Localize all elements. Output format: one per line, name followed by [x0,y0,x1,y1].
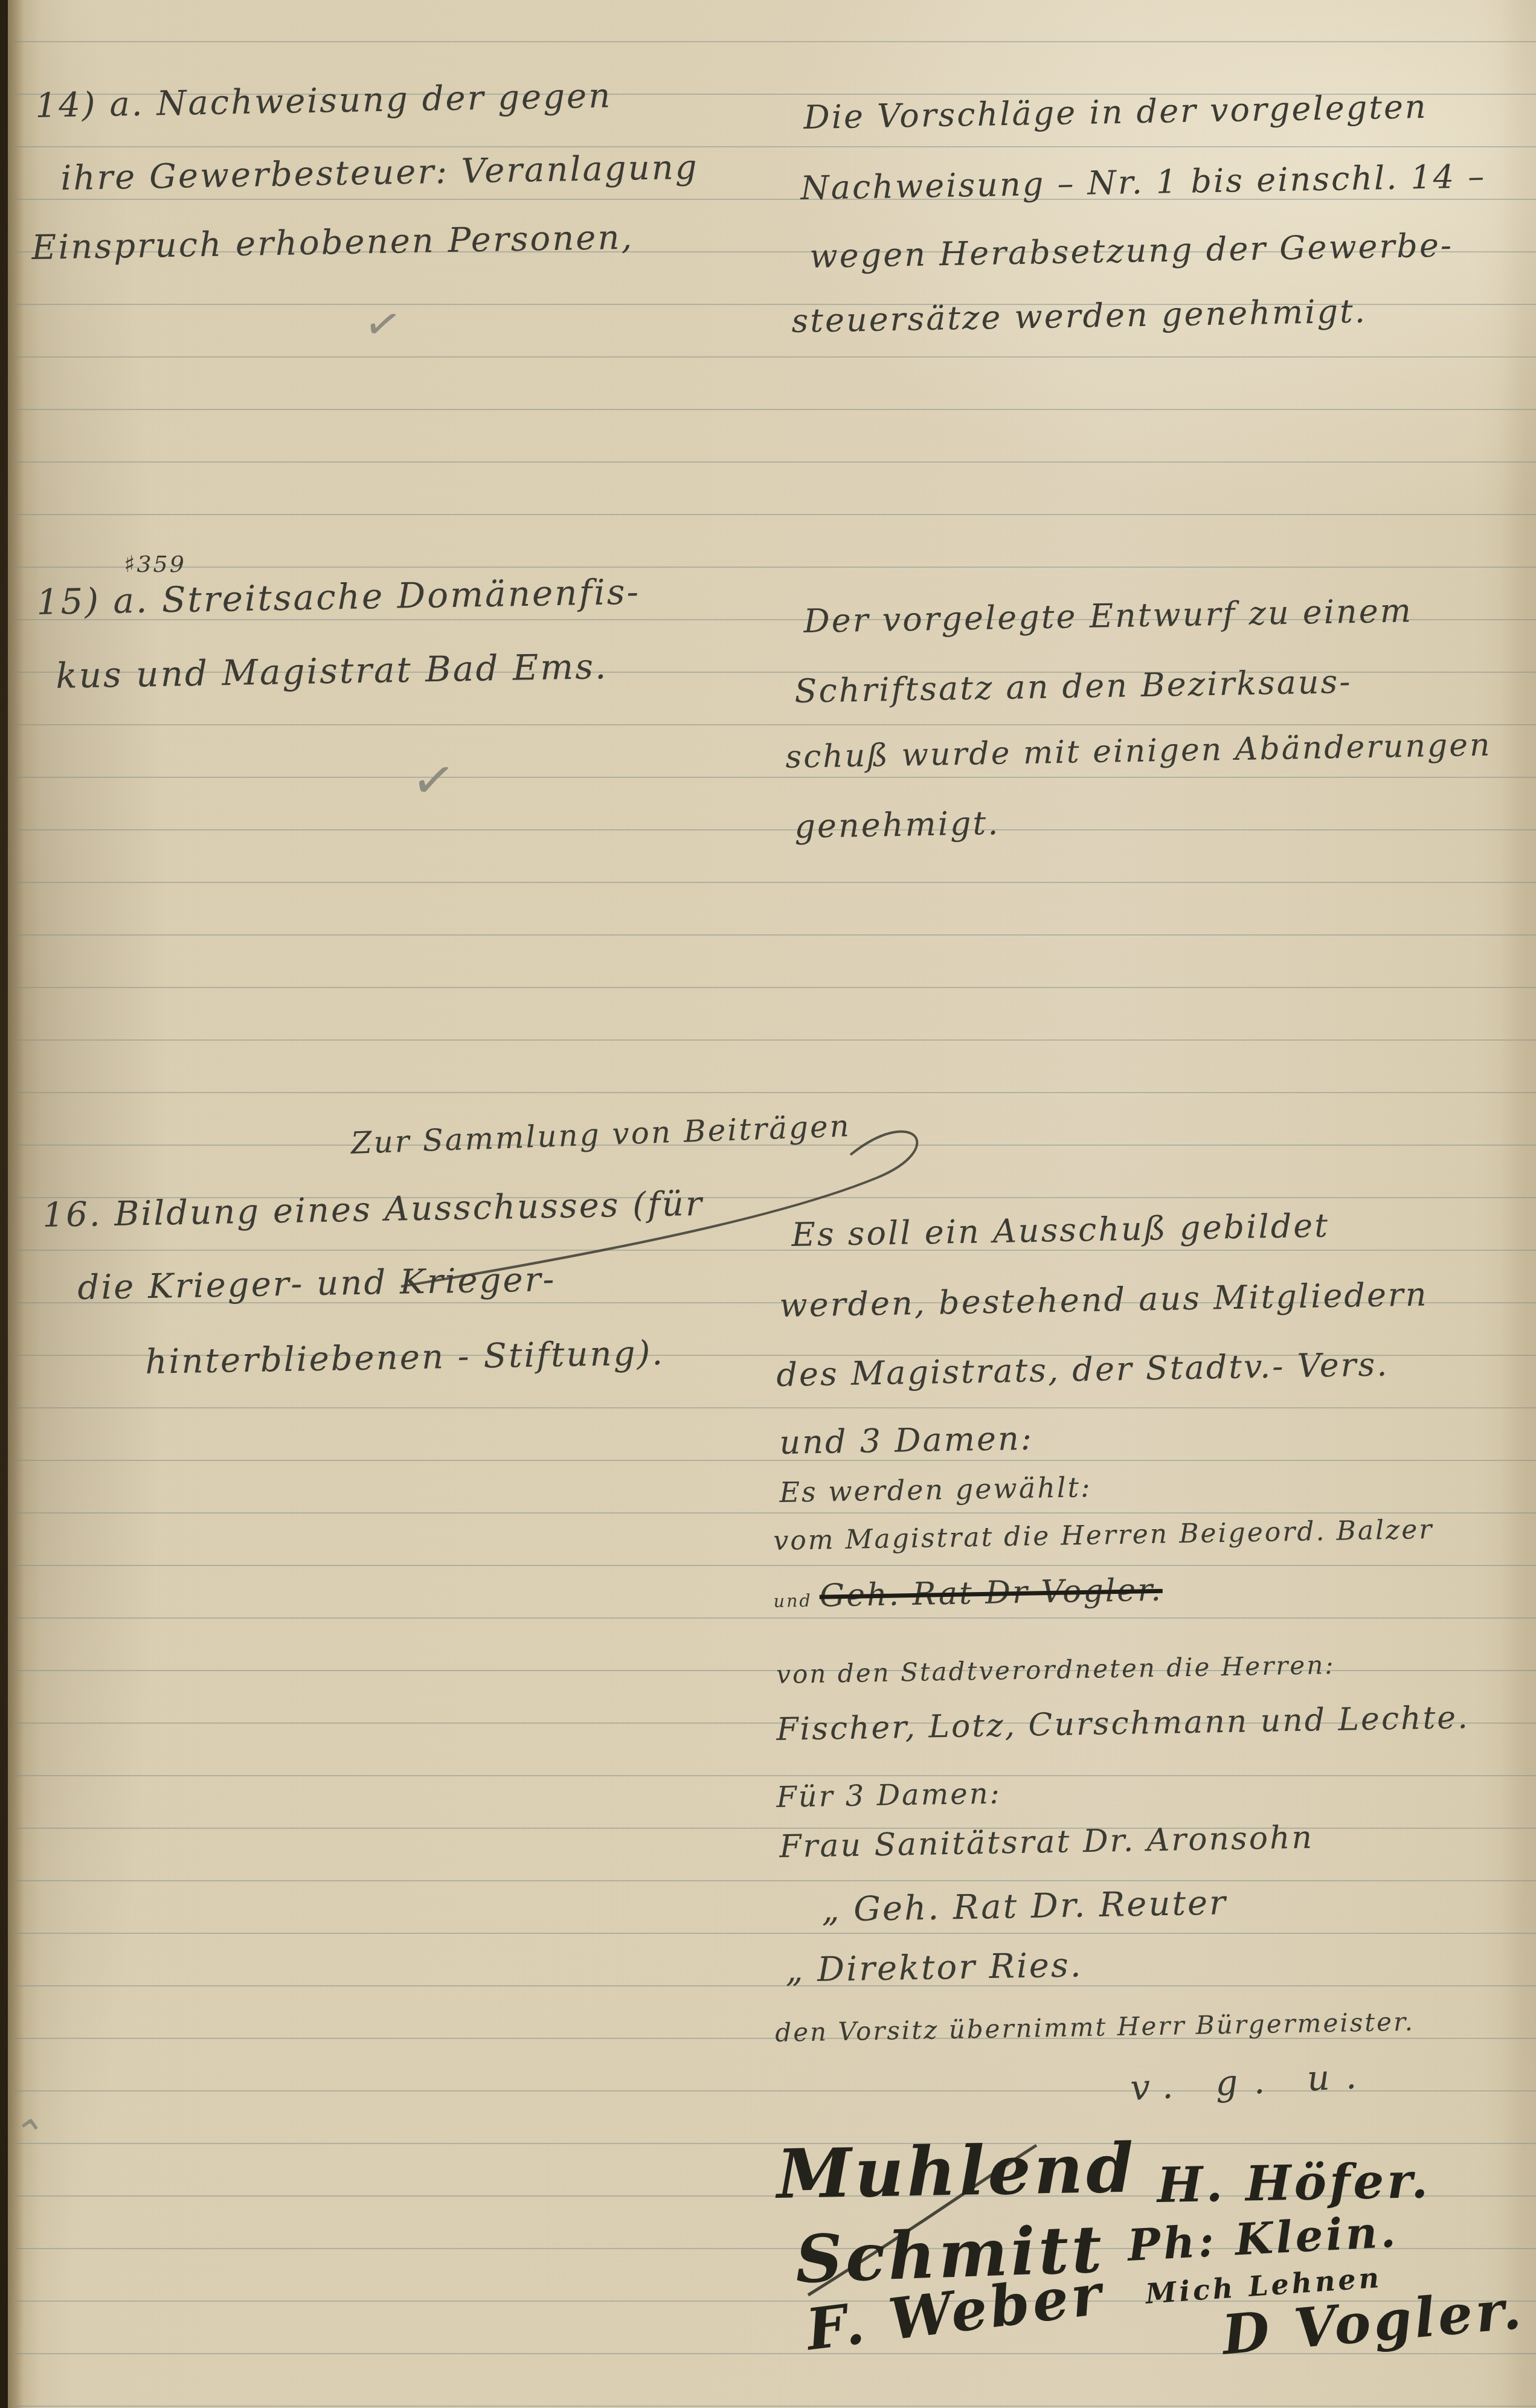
item16-right-line5: Es werden gewählt: [779,1473,1092,1506]
item16-struck-line: und Geh. Rat Dr Vogler. [773,1575,1163,1613]
item16-right-line6: vom Magistrat die Herren Beigeord. Balze… [773,1517,1434,1555]
item14-right-line3: wegen Herabsetzung der Gewerbe- [809,229,1454,273]
item16-insertion-line: Zur Sammlung von Beiträgen [350,1111,852,1158]
manuscript-page: 14) a. Nachweisung der gegen ihre Gewerb… [0,0,1536,2408]
item14-right-line1: Die Vorschläge in der vorgelegten [803,91,1428,134]
pencil-caret-mark: ⌃ [9,2113,50,2157]
item15-right-line3: schuß wurde mit einigen Abänderungen [785,730,1492,773]
item14-left-line1: 14) a. Nachweisung der gegen [35,79,612,123]
item15-checkmark: ✓ [408,752,460,810]
item16-right-line9: Fischer, Lotz, Curschmann und Lechte. [776,1702,1470,1745]
item14-right-line4: steuersätze werden genehmigt. [791,295,1367,338]
item16-right-line10: Für 3 Damen: [776,1779,1001,1812]
item16-right-line13: „ Direktor Ries. [785,1948,1083,1988]
item15-right-line1: Der vorgelegte Entwurf zu einem [803,594,1413,638]
item16-right-line12: „ Geh. Rat Dr. Reuter [821,1886,1227,1927]
item16-left-line3: hinterbliebenen - Stiftung). [145,1337,665,1379]
item16-right-line4: und 3 Damen: [779,1422,1033,1459]
item16-right-line3: des Magistrats, der Stadtv.- Vers. [776,1348,1389,1392]
item16-right-line1: Es soll ein Ausschuß gebildet [791,1209,1329,1251]
item16-right-line2: werden, bestehend aus Mitgliedern [779,1278,1428,1322]
item14-checkmark: ✓ [361,299,407,350]
signature-ph-klein: Ph: Klein. [1126,2210,1399,2267]
signature-h-hoefer: H. Höfer. [1157,2156,1432,2209]
item14-left-line2: ihre Gewerbesteuer: Veranlagung [60,151,699,196]
struck-line-prefix: und [773,1590,820,1611]
item15-left-line2: kus und Magistrat Bad Ems. [56,649,608,693]
item16-right-line8: von den Stadtverordneten die Herren: [776,1652,1335,1687]
item14-left-line3: Einspruch erhobenen Personen, [31,221,634,265]
item16-right-line11: Frau Sanitätsrat Dr. Aronsohn [779,1822,1314,1863]
item15-left-line1: 15) a. Streitsache Domänenfis- [36,574,640,620]
closing-abbreviation-vgu: v. g. u. [1130,2058,1373,2105]
item14-right-line2: Nachweisung – Nr. 1 bis einschl. 14 – [800,160,1486,205]
item15-right-line2: Schriftsatz an den Bezirksaus- [794,666,1352,708]
signature-muhlend: Muhlend [776,2135,1137,2209]
item15-right-line4: genehmigt. [794,807,1000,843]
item16-left-line2: die Krieger- und Krieger- [77,1263,556,1305]
item16-left-line1: 16. Bildung eines Ausschusses (für [42,1187,704,1233]
item15-margin-note: ♯359 [124,553,186,576]
item16-right-line14: den Vorsitz übernimmt Herr Bürgermeister… [775,2009,1415,2046]
struck-line-text: Geh. Rat Dr Vogler. [819,1572,1163,1614]
